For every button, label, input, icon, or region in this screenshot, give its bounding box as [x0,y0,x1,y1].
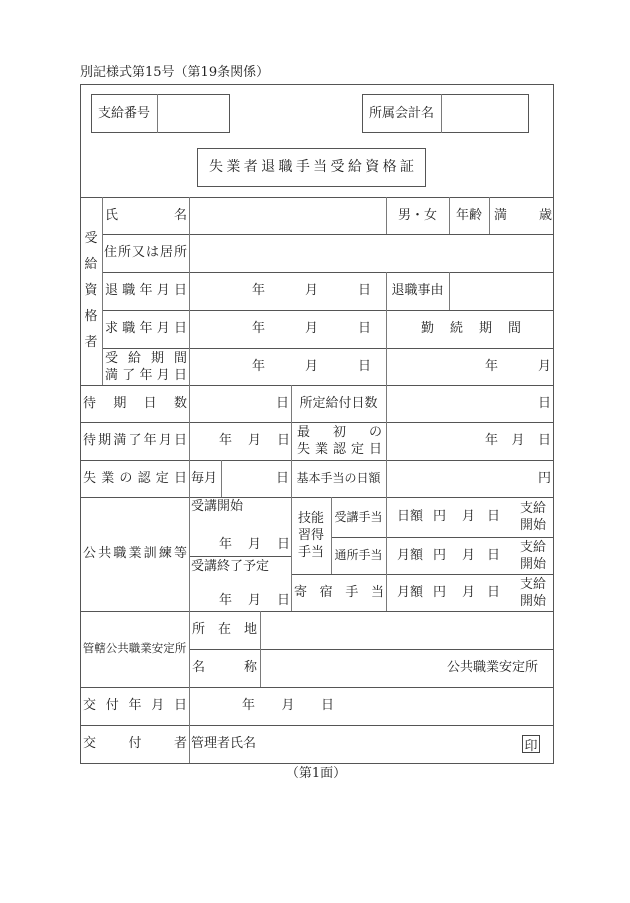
job-application-date-label: 求職年月日 [102,310,189,348]
address-label: 住所又は居所 [102,234,189,272]
waiting-period-label: 待期日数 [80,385,189,422]
payment-number-label: 支給番号 [91,94,157,133]
issue-date-value: 年 月 日 [242,687,334,725]
year-unit: 年 [252,283,265,299]
year-unit: 年 [242,698,255,714]
job-application-date-value: 年 月 日 [189,310,386,348]
month-unit: 月 [462,509,475,525]
day-unit: 日 [358,359,371,375]
year-unit: 年 [219,537,232,553]
age-label: 年齢 [449,197,489,234]
year-unit: 年 [252,321,265,337]
section-char: 給 [84,252,97,278]
payment-number-value [158,94,229,133]
first-certification-value: 年 月 日 [386,422,553,460]
rule [189,556,291,557]
name-value [190,197,386,234]
training-start-label: 受講開始 [191,499,243,515]
service-period-value: 年 月 [386,348,553,385]
month-unit: 月 [462,585,475,601]
age-unit: 歳 [539,208,552,224]
year-unit: 年 [219,433,232,449]
age-prefix: 満 [494,208,507,224]
commuting-allowance-label: 通所手当 [331,537,386,574]
public-training-label: 公共職業訓練等 [80,497,189,611]
month-unit: 月 [511,433,524,449]
day-unit: 日 [538,396,551,412]
certificate-page: 別記様式第15号（第19条関係） 支給番号 所属会計名 失業者退職手当受給資格証… [0,0,630,903]
year-unit: 年 [219,593,232,609]
office-name-suffix: 公共職業安定所 [447,660,538,676]
name-label: 氏名 [102,197,189,234]
day-unit: 日 [321,698,334,714]
gender-label: 男・女 [386,197,449,234]
retirement-reason-value [450,272,553,310]
day-unit: 日 [277,433,290,449]
section-char: 格 [84,304,97,330]
seal-mark: 印 [522,735,540,753]
day-unit: 日 [487,548,500,564]
service-period-label: 勤続期間 [386,310,553,348]
monthly-label: 毎月 [189,460,221,497]
payment-start-label: 支給 開始 [520,576,546,610]
rate-label: 月額 [397,548,423,564]
manager-name-label: 管理者氏名 [191,725,256,763]
month-unit: 月 [248,433,261,449]
skill-acquisition-allowance-label: 技能 習得 手当 [291,497,331,574]
year-unit: 年 [485,433,498,449]
yen-unit: 円 [433,585,446,601]
section-char: 者 [84,330,97,356]
day-unit: 日 [487,585,500,601]
certification-day-value: 日 [221,460,291,497]
accounting-unit-label: 所属会計名 [362,94,441,133]
document-title: 失業者退職手当受給資格証 [197,148,426,187]
month-unit: 月 [305,359,318,375]
month-unit: 月 [305,321,318,337]
day-unit: 日 [358,321,371,337]
employment-office-label: 管轄公共職業安定所 [80,611,189,687]
commuting-allowance-value: 月額 円 月 日 支給 開始 [386,537,553,574]
day-unit: 日 [358,283,371,299]
day-unit: 日 [487,509,500,525]
year-unit: 年 [252,359,265,375]
tuition-allowance-value: 日額 円 月 日 支給 開始 [386,497,553,537]
waiting-period-end-label: 待期満了年月日 [80,422,189,460]
title-text: 失業者退職手当受給資格証 [209,159,414,176]
address-value [190,234,553,272]
yen-unit: 円 [538,471,551,487]
benefit-period-expiry-label: 受給期間 満了年月日 [102,348,189,385]
day-unit: 日 [538,433,551,449]
training-planned-end-date: 年 月 日 [189,592,291,610]
retirement-reason-label: 退職事由 [386,272,449,310]
prescribed-days-value: 日 [386,385,553,422]
benefit-period-expiry-value: 年 月 日 [189,348,386,385]
rate-label: 日額 [397,509,423,525]
location-value [261,611,553,649]
form-reference: 別記様式第15号（第19条関係） [80,64,269,82]
year-unit: 年 [485,359,498,375]
office-name-value: 公共職業安定所 [261,649,553,687]
section-char: 受 [84,226,97,252]
retirement-date-value: 年 月 日 [189,272,386,310]
section-char: 資 [84,278,97,304]
issuer-label: 交付者 [80,725,189,763]
day-unit: 日 [276,396,289,412]
month-unit: 月 [248,593,261,609]
payment-start-label: 支給 開始 [520,539,546,573]
daily-benefit-value: 円 [386,460,553,497]
payment-start-label: 支給 開始 [520,500,546,534]
day-unit: 日 [277,537,290,553]
daily-benefit-label: 基本手当の日額 [291,460,386,497]
month-unit: 月 [538,359,551,375]
waiting-period-end-value: 年 月 日 [189,422,291,460]
training-planned-end-label: 受講終了予定 [191,559,269,575]
month-unit: 月 [248,537,261,553]
issue-date-label: 交付年月日 [80,687,189,725]
recipient-section-label: 受 給 資 格 者 [80,197,102,385]
rate-label: 月額 [397,585,423,601]
month-unit: 月 [305,283,318,299]
page-label: （第1面） [266,765,366,783]
accounting-unit-value [442,94,528,133]
yen-unit: 円 [433,548,446,564]
unemployment-certification-label: 失業の認定日 [80,460,189,497]
first-certification-label: 最初の 失業認定日 [291,422,386,460]
office-name-label: 名称 [189,649,260,687]
prescribed-days-label: 所定給付日数 [291,385,386,422]
retirement-date-label: 退職年月日 [102,272,189,310]
yen-unit: 円 [433,509,446,525]
month-unit: 月 [462,548,475,564]
month-unit: 月 [281,698,294,714]
boarding-allowance-value: 月額 円 月 日 支給 開始 [386,574,553,611]
day-unit: 日 [277,593,290,609]
day-unit: 日 [276,471,289,487]
tuition-allowance-label: 受講手当 [331,497,386,537]
boarding-allowance-label: 寄宿手当 [291,574,386,611]
location-label: 所在地 [189,611,260,649]
waiting-period-value: 日 [189,385,291,422]
age-value: 満 歳 [489,197,554,234]
training-start-date: 年 月 日 [189,536,291,554]
